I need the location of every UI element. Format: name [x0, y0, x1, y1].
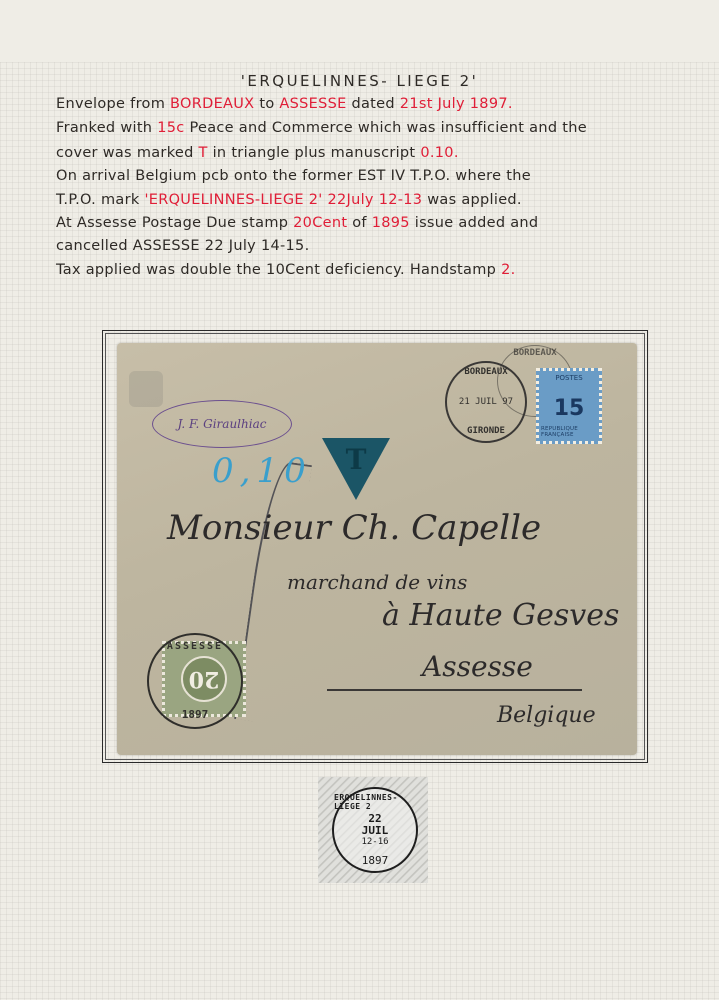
- note-text: of: [347, 215, 371, 231]
- note-line: cancelled ASSESSE 22 July 14-15.: [56, 238, 696, 254]
- page-title: 'ERQUELINNES- LIEGE 2': [0, 72, 719, 90]
- tax-letter: T: [340, 443, 372, 476]
- highlight-text: 0.10.: [420, 145, 458, 161]
- note-line: cover was marked T in triangle plus manu…: [56, 145, 696, 161]
- sender-handstamp: J. F. Giraulhiac: [152, 400, 292, 448]
- note-line: Tax applied was double the 10Cent defici…: [56, 262, 696, 278]
- note-text: Peace and Commerce which was insufficien…: [185, 120, 587, 136]
- note-line: On arrival Belgium pcb onto the former E…: [56, 168, 696, 184]
- note-text: Tax applied was double the 10Cent defici…: [56, 262, 501, 278]
- note-line: At Assesse Postage Due stamp 20Cent of 1…: [56, 215, 696, 231]
- datestamp-date: 21 JUIL 97: [459, 397, 513, 408]
- note-text: to: [254, 96, 279, 112]
- tpo-datestamp-top: ERQUELINNES-LIEGE 2: [334, 793, 416, 811]
- manuscript-tax: 0,10: [212, 451, 312, 491]
- address-line: marchand de vins: [287, 570, 467, 594]
- highlight-text: T: [199, 145, 208, 161]
- note-text: On arrival Belgium pcb onto the former E…: [56, 168, 531, 184]
- address-line: Monsieur Ch. Capelle: [167, 508, 541, 548]
- note-text: cover was marked: [56, 145, 199, 161]
- tpo-datestamp-year: 1897: [362, 854, 389, 867]
- highlight-text: 21st July 1897.: [400, 96, 513, 112]
- stamp-bottom-text: REPUBLIQUE FRANÇAISE: [541, 426, 597, 438]
- note-text: in triangle plus manuscript: [208, 145, 421, 161]
- envelope-stain: [129, 371, 163, 407]
- note-line: Franked with 15c Peace and Commerce whic…: [56, 120, 696, 136]
- note-text: At Assesse Postage Due stamp: [56, 215, 293, 231]
- highlight-text: 'ERQUELINNES-LIEGE 2' 22July 12-13: [144, 192, 422, 208]
- highlight-text: 15c: [157, 120, 184, 136]
- note-text: was applied.: [422, 192, 522, 208]
- stamp-top-text: POSTES: [555, 374, 582, 382]
- tpo-datestamp: ERQUELINNES-LIEGE 2 22 JUIL 12-16 1897: [332, 787, 418, 873]
- highlight-text: 2.: [501, 262, 515, 278]
- highlight-text: 20Cent: [293, 215, 347, 231]
- address-line: à Haute Gesves: [382, 598, 619, 633]
- stamp-value: 15: [554, 396, 585, 421]
- french-postage-stamp: POSTES 15 REPUBLIQUE FRANÇAISE: [536, 368, 602, 444]
- address-line: Belgique: [497, 703, 596, 728]
- note-text: Franked with: [56, 120, 157, 136]
- bordeaux-datestamp: BORDEAUX 21 JUIL 97 GIRONDE: [445, 361, 527, 443]
- note-text: issue added and: [410, 215, 539, 231]
- assesse-datestamp: ASSESSE 1897: [147, 633, 243, 729]
- note-text: dated: [347, 96, 400, 112]
- tpo-mark-enlargement: ERQUELINNES-LIEGE 2 22 JUIL 12-16 1897: [318, 777, 428, 883]
- address-underline: [327, 689, 582, 691]
- assesse-datestamp-year: 1897: [182, 708, 209, 721]
- address-line: Assesse: [422, 650, 533, 683]
- highlight-text: BORDEAUX: [170, 96, 254, 112]
- note-text: cancelled ASSESSE 22 July 14-15.: [56, 238, 310, 254]
- tpo-datestamp-month: JUIL: [362, 825, 389, 837]
- note-text: Envelope from: [56, 96, 170, 112]
- envelope-cover: J. F. Giraulhiac BORDEAUX POSTES 15 REPU…: [117, 343, 637, 755]
- datestamp-top: BORDEAUX: [464, 367, 507, 378]
- highlight-text: ASSESSE: [279, 96, 346, 112]
- datestamp-bottom: GIRONDE: [467, 426, 505, 437]
- tpo-datestamp-time: 12-16: [361, 837, 388, 847]
- note-text: T.P.O. mark: [56, 192, 144, 208]
- note-line: Envelope from BORDEAUX to ASSESSE dated …: [56, 96, 696, 112]
- note-line: T.P.O. mark 'ERQUELINNES-LIEGE 2' 22July…: [56, 192, 696, 208]
- assesse-datestamp-top: ASSESSE: [167, 641, 223, 652]
- highlight-text: 1895: [372, 215, 410, 231]
- bordeaux-cancel-secondary-text: BORDEAUX: [513, 348, 556, 358]
